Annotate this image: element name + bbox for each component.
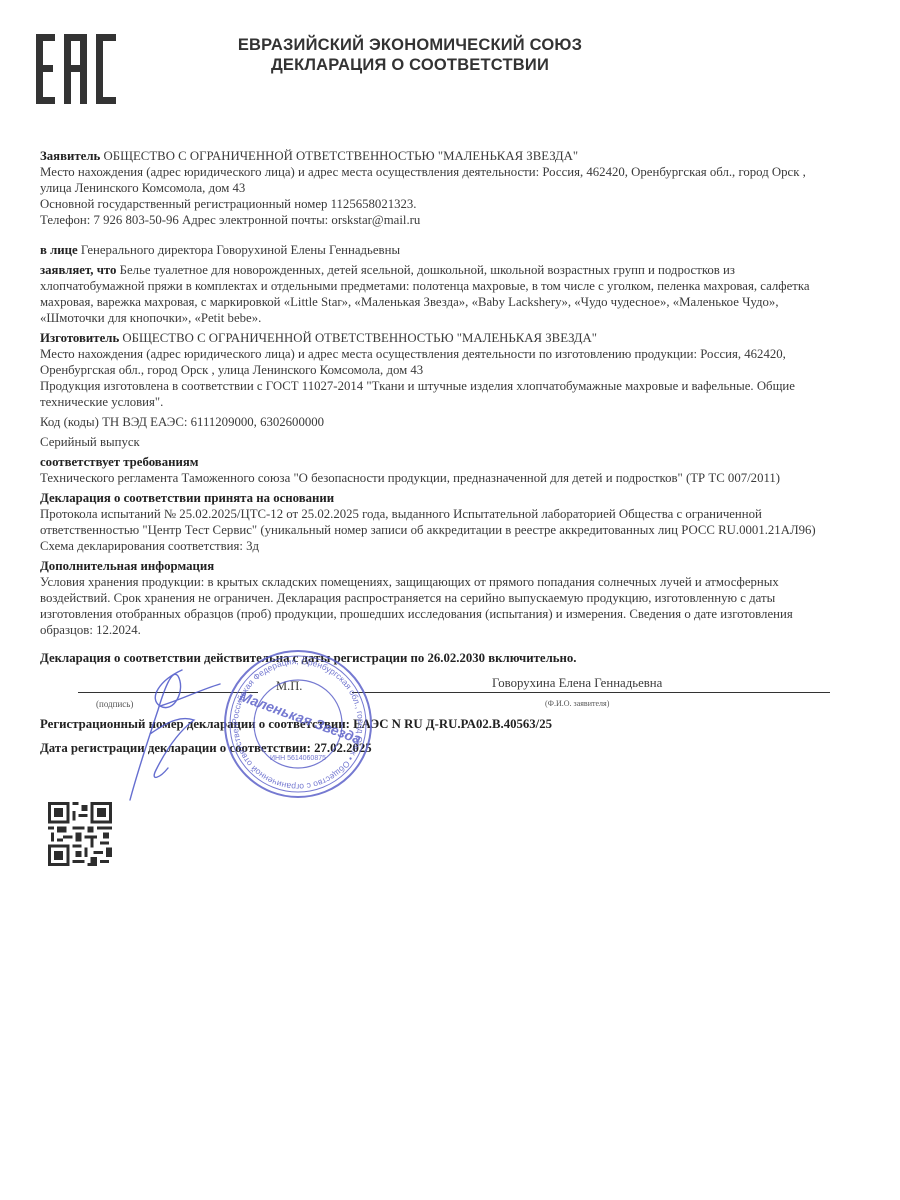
basis-label: Декларация о соответствии принята на осн… bbox=[40, 490, 840, 506]
signatory-name: Говорухина Елена Геннадьевна bbox=[492, 675, 662, 691]
declares-label: заявляет, что bbox=[40, 263, 116, 277]
represented-line: в лице Генерального директора Говорухино… bbox=[40, 242, 840, 258]
manufacturer-line: Изготовитель ОБЩЕСТВО С ОГРАНИЧЕННОЙ ОТВ… bbox=[40, 330, 840, 346]
applicant-address: Место нахождения (адрес юридического лиц… bbox=[40, 164, 840, 196]
tn-ved-codes: Код (коды) ТН ВЭД ЕАЭС: 6111209000, 6302… bbox=[40, 414, 840, 430]
release-type: Серийный выпуск bbox=[40, 434, 840, 450]
eac-logo-icon bbox=[36, 34, 116, 104]
declaration-scheme: Схема декларирования соответствия: 3д bbox=[40, 538, 840, 554]
applicant-contacts: Телефон: 7 926 803-50-96 Адрес электронн… bbox=[40, 212, 840, 228]
manufacturer-label: Изготовитель bbox=[40, 331, 119, 345]
represented-label: в лице bbox=[40, 243, 78, 257]
document-title: ДЕКЛАРАЦИЯ О СООТВЕТСТВИИ bbox=[170, 56, 650, 75]
conforms-label: соответствует требованиям bbox=[40, 454, 840, 470]
applicant-label: Заявитель bbox=[40, 149, 100, 163]
applicant-ogrn: Основной государственный регистрационный… bbox=[40, 196, 840, 212]
conforms-text: Технического регламента Таможенного союз… bbox=[40, 470, 840, 486]
stamp-inn-text: ИНН 5614060875 bbox=[270, 755, 326, 762]
applicant-line: Заявитель ОБЩЕСТВО С ОГРАНИЧЕННОЙ ОТВЕТС… bbox=[40, 148, 840, 164]
signature-icon bbox=[120, 650, 270, 810]
manufacturer-standard: Продукция изготовлена в соответствии с Г… bbox=[40, 378, 840, 410]
name-line bbox=[352, 692, 830, 693]
additional-label: Дополнительная информация bbox=[40, 558, 840, 574]
additional-text: Условия хранения продукции: в крытых скл… bbox=[40, 574, 840, 638]
product-description: Белье туалетное для новорожденных, детей… bbox=[40, 263, 810, 325]
signatory-caption: (Ф.И.О. заявителя) bbox=[545, 696, 609, 712]
manufacturer-address: Место нахождения (адрес юридического лиц… bbox=[40, 346, 840, 378]
union-title: ЕВРАЗИЙСКИЙ ЭКОНОМИЧЕСКИЙ СОЮЗ bbox=[170, 36, 650, 55]
represented-text: Генерального директора Говорухиной Елены… bbox=[81, 243, 400, 257]
manufacturer-name: ОБЩЕСТВО С ОГРАНИЧЕННОЙ ОТВЕТСТВЕННОСТЬЮ… bbox=[122, 331, 597, 345]
qr-code-icon[interactable] bbox=[48, 802, 112, 866]
basis-text: Протокола испытаний № 25.02.2025/ЦТС-12 … bbox=[40, 506, 840, 538]
declares-line: заявляет, что Белье туалетное для новоро… bbox=[40, 262, 840, 326]
applicant-name: ОБЩЕСТВО С ОГРАНИЧЕННОЙ ОТВЕТСТВЕННОСТЬЮ… bbox=[103, 149, 578, 163]
